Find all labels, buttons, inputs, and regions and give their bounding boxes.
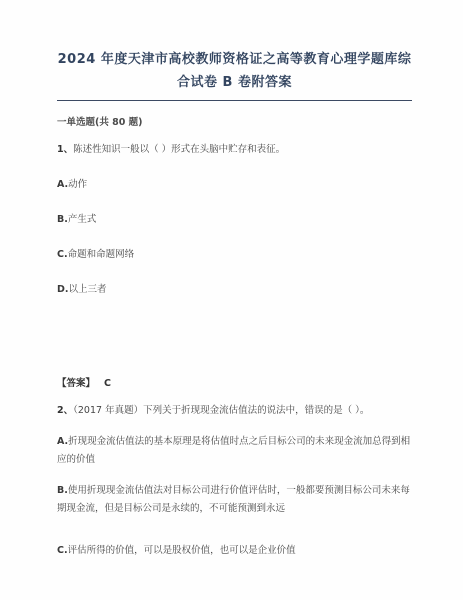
page-title-line1: 2024 年度天津市高校教师资格证之高等教育心理学题库综 [57, 48, 412, 71]
question-2-option-c-text: 评估所得的价值，可以是股权价值，也可以是企业价值 [68, 545, 296, 556]
question-1-answer-label: 【答案】 [57, 378, 95, 389]
question-1-option-c: C.命题和命题网络 [57, 246, 412, 264]
question-1: 1、陈述性知识一般以（ ）形式在头脑中贮存和表征。 A.动作 B.产生式 C.命… [57, 141, 412, 389]
question-2-option-b-text: 使用折现现金流估值法对目标公司进行价值评估时，一般都要预测目标公司未来每期现金流… [57, 485, 410, 514]
question-2-text: （2017 年真题）下列关于折现现金流估值法的说法中，错误的是（ ）。 [73, 405, 369, 416]
question-1-option-d-label: D. [57, 284, 69, 295]
question-2-option-c: C.评估所得的价值，可以是股权价值，也可以是企业价值 [57, 542, 412, 560]
question-1-option-d-text: 以上三者 [69, 284, 107, 295]
question-1-option-c-text: 命题和命题网络 [68, 249, 135, 260]
question-2: 2、（2017 年真题）下列关于折现现金流估值法的说法中，错误的是（ ）。 A.… [57, 402, 412, 560]
question-1-option-a: A.动作 [57, 176, 412, 194]
question-1-option-b: B.产生式 [57, 211, 412, 229]
page-title: 2024 年度天津市高校教师资格证之高等教育心理学题库综 合试卷 B 卷附答案 [57, 48, 412, 94]
section-header: 一单选题(共 80 题) [57, 114, 412, 128]
question-2-stem: 2、（2017 年真题）下列关于折现现金流估值法的说法中，错误的是（ ）。 [57, 402, 412, 420]
question-1-option-a-text: 动作 [68, 179, 87, 190]
question-2-option-a-label: A. [57, 436, 68, 447]
question-1-option-a-label: A. [57, 179, 68, 190]
question-2-option-a: A.折现现金流估值法的基本原理是将估值时点之后目标公司的未来现金流加总得到相应的… [57, 433, 412, 469]
question-1-option-b-label: B. [57, 214, 68, 225]
question-2-option-c-label: C. [57, 545, 68, 556]
question-1-option-d: D.以上三者 [57, 281, 412, 299]
question-2-option-b: B.使用折现现金流估值法对目标公司进行价值评估时，一般都要预测目标公司未来每期现… [57, 482, 412, 518]
question-1-answer-value: C [104, 378, 111, 389]
question-1-option-c-label: C. [57, 249, 68, 260]
question-1-number: 1、 [57, 144, 73, 155]
question-2-option-a-text: 折现现金流估值法的基本原理是将估值时点之后目标公司的未来现金流加总得到相应的价值 [57, 436, 410, 465]
exam-document-page: 2024 年度天津市高校教师资格证之高等教育心理学题库综 合试卷 B 卷附答案 … [0, 0, 463, 600]
question-1-answer: 【答案】C [57, 375, 412, 389]
title-divider [57, 100, 412, 101]
question-1-text: 陈述性知识一般以（ ）形式在头脑中贮存和表征。 [73, 144, 285, 155]
question-1-option-b-text: 产生式 [68, 214, 97, 225]
question-1-stem: 1、陈述性知识一般以（ ）形式在头脑中贮存和表征。 [57, 141, 412, 159]
question-2-option-b-label: B. [57, 485, 68, 496]
page-title-line2: 合试卷 B 卷附答案 [57, 71, 412, 94]
question-2-number: 2、 [57, 405, 73, 416]
